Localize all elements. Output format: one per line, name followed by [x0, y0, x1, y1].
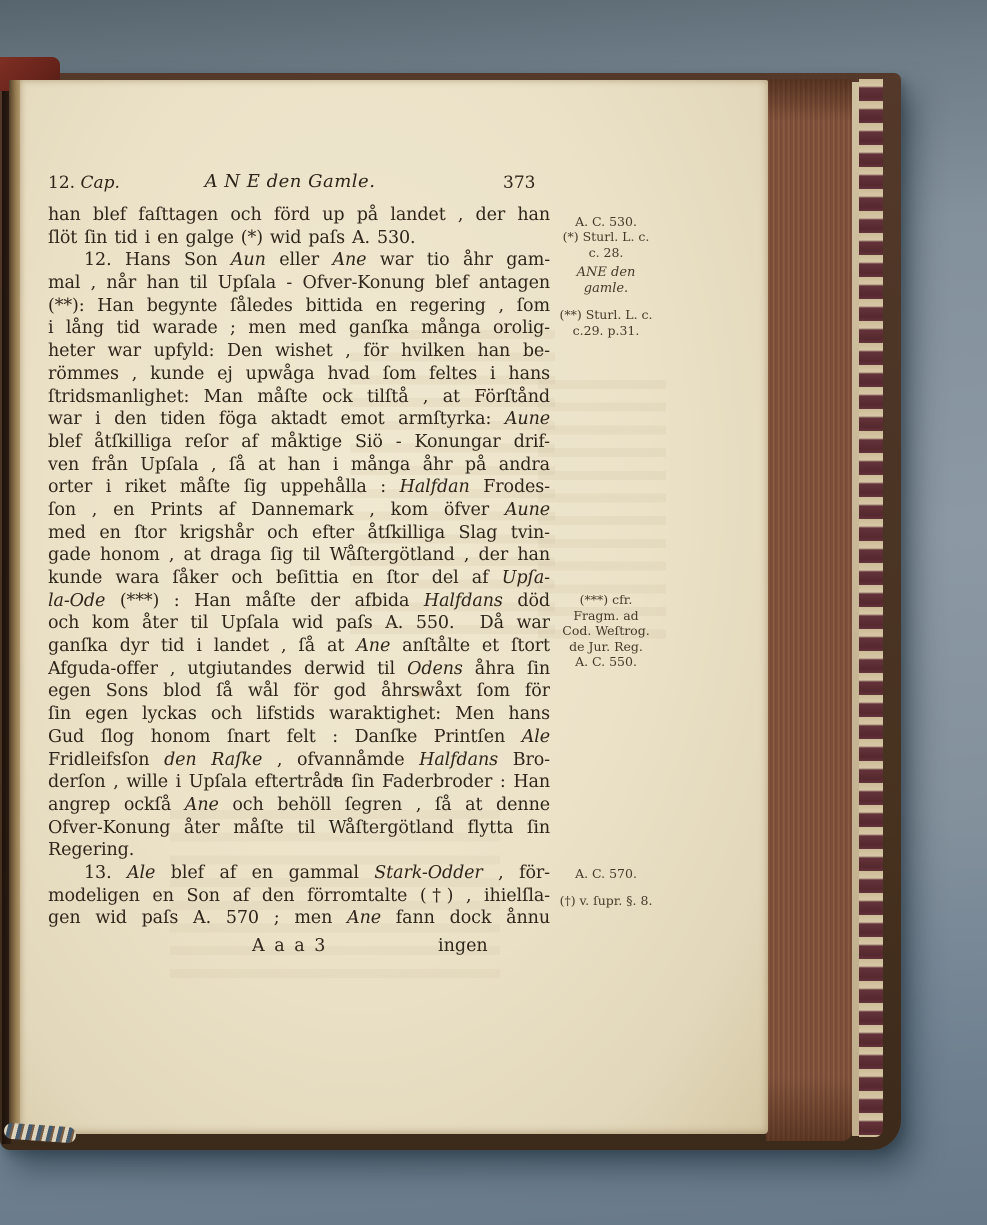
body-line: 12. Hans Son Aun eller Ane war tio åhr g… — [48, 249, 550, 272]
body-line: gen wid paſs A. 570 ; men Ane fann dock … — [48, 907, 550, 930]
body-line: med en ſtor krigshår och efter åtſkillig… — [48, 522, 550, 545]
body-line: blef åtſkilliga reſor af måktige Siö - K… — [48, 431, 550, 454]
body-line: Gud ſlog honom ſnart felt : Danſke Print… — [48, 726, 550, 749]
running-header: 12. Cap. A N E den Gamle. 373 — [20, 173, 768, 197]
body-line: war i den tiden föga aktadt emot armſtyr… — [48, 408, 550, 431]
body-line: ſtridsmanlighet: Man måſte ock tilſtå , … — [48, 386, 550, 409]
body-line: kunde wara ſåker och beſittia en ſtor de… — [48, 567, 550, 590]
margin-note: A. C. 570. — [544, 866, 668, 882]
body-line: ganſka dyr tid i landet , ſå at Ane anſt… — [48, 635, 550, 658]
body-line: ven från Upſala , ſå at han i många åhr … — [48, 454, 550, 477]
body-line: egen Sons blod ſå wål för god åhrswåxt ſ… — [48, 680, 550, 703]
body-line: orter i riket måſte ſig uppehålla : Half… — [48, 476, 550, 499]
body-line: la-Ode (***) : Han måſte der afbida Half… — [48, 590, 550, 613]
body-line: ſin egen lyckas och lifstids waraktighet… — [48, 703, 550, 726]
body-line: i lång tid warade ; men med ganſka många… — [48, 317, 550, 340]
margin-note: (†) v. ſupr. §. 8. — [544, 893, 668, 909]
body-line: derſon , wille i Upſala eftertråda ſin F… — [48, 771, 550, 794]
body-line: heter war upfyld: Den wishet , för hvilk… — [48, 340, 550, 363]
body-line: och kom åter til Upſala wid paſs A. 550.… — [48, 612, 550, 635]
margin-note: A. C. 530. — [544, 214, 668, 230]
margin-note: (*) Sturl. L. c. c. 28. — [544, 229, 668, 260]
body-line: Ofver-Konung åter måſte til Wåſtergötlan… — [48, 817, 550, 840]
chapter-label: 12. Cap. — [48, 173, 120, 193]
body-line: Regering. — [48, 839, 550, 862]
page-footer: A a a 3 ingen — [48, 936, 550, 960]
marbled-endpaper-edge — [859, 79, 883, 1137]
body-line: ſon , en Prints af Dannemark , kom öfver… — [48, 499, 550, 522]
body-text: han blef faſttagen och förd up på landet… — [48, 204, 550, 930]
body-line: han blef faſttagen och förd up på landet… — [48, 204, 550, 227]
body-line: Afguda-offer , utgiutandes derwid til Od… — [48, 658, 550, 681]
margin-note: (**) Sturl. L. c. c.29. p.31. — [544, 307, 668, 338]
gathering-signature: A a a 3 — [252, 936, 327, 956]
margin-note: (***) cfr. Fragm. ad Cod. Weſtrog. de Ju… — [544, 592, 668, 670]
page-number: 373 — [503, 173, 535, 193]
body-line: römmes , kunde ej upwåga hvad ſom feltes… — [48, 363, 550, 386]
body-line: 13. Ale blef af en gammal Stark-Odder , … — [48, 862, 550, 885]
margin-note: ANE den gamle. — [544, 265, 668, 296]
body-line: modeligen en Son af den förromtalte (†) … — [48, 885, 550, 908]
body-line: gade honom , at draga ſig til Wåſtergötl… — [48, 544, 550, 567]
book-page: 12. Cap. A N E den Gamle. 373 han blef f… — [20, 80, 768, 1134]
body-line: ſlöt ſin tid i en galge (*) wid paſs A. … — [48, 227, 550, 250]
page-title: A N E den Gamle. — [170, 171, 410, 192]
photo-backdrop: 12. Cap. A N E den Gamle. 373 han blef f… — [0, 0, 987, 1225]
body-line: mal , når han til Upſala - Ofver-Konung … — [48, 272, 550, 295]
catchword: ingen — [438, 936, 488, 956]
body-line: angrep ockſå Ane och behöll ſegren , ſå … — [48, 794, 550, 817]
body-line: (**): Han begynte ſåledes bittida en reg… — [48, 295, 550, 318]
endpaper-edge — [852, 82, 859, 1136]
body-line: Fridleifsſon den Raſke , ofvannåmde Half… — [48, 749, 550, 772]
book-fore-edge-pages — [766, 79, 852, 1141]
